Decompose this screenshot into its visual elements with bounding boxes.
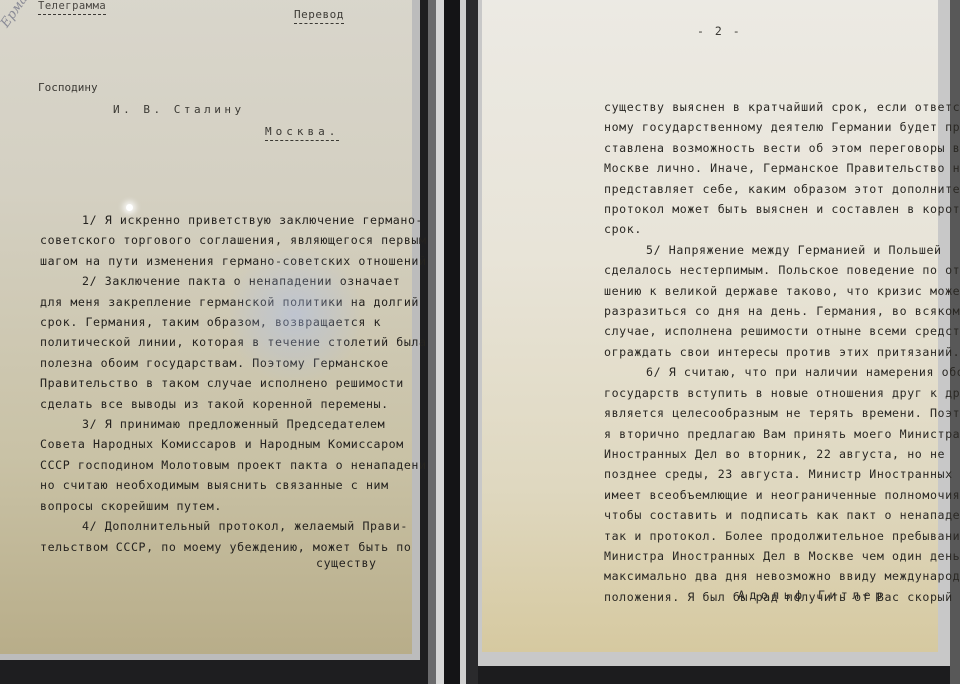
text-line: я вторично предлагаю Вам принять моего М… — [604, 424, 960, 444]
text-line: случае, исполнена решимости отныне всеми… — [604, 321, 960, 341]
text-line: является целесообразным не терять времен… — [604, 403, 960, 423]
text-line: Москве лично. Иначе, Германское Правител… — [604, 158, 960, 178]
text-line: позднее среды, 23 августа. Министр Иност… — [604, 464, 960, 484]
frame-edge — [466, 0, 478, 684]
text-line: ограждать свои интересы против этих прит… — [604, 342, 960, 362]
text-line: так и протокол. Более продолжительное пр… — [604, 526, 960, 546]
text-line: СССР господином Молотовым проект пакта о… — [40, 455, 442, 475]
text-line: Министра Иностранных Дел в Москве чем од… — [604, 546, 960, 566]
text-line: полезна обоим государствам. Поэтому Герм… — [40, 353, 442, 373]
signature: Адольф Гитлер — [738, 588, 887, 602]
text-line: сделать все выводы из такой коренной пер… — [40, 394, 442, 414]
text-line: шагом на пути изменения германо-советски… — [40, 251, 442, 271]
text-line: 5/ Напряжение между Германией и Польшей — [604, 240, 960, 260]
text-line: ставлена возможность вести об этом перег… — [604, 138, 960, 158]
text-line: Иностранных Дел во вторник, 22 августа, … — [604, 444, 960, 464]
catchword: существу — [316, 556, 377, 570]
frame-gap — [444, 0, 460, 684]
text-line: 2/ Заключение пакта о ненападении означа… — [40, 271, 442, 291]
text-line: для меня закрепление германской политики… — [40, 292, 442, 312]
frame-edge — [428, 0, 436, 684]
left-page-body: 1/ Я искренно приветствую заключение гер… — [40, 210, 442, 557]
text-line: Правительство в таком случае исполнено р… — [40, 373, 442, 393]
text-line: существу выяснен в кратчайший срок, если… — [604, 97, 960, 117]
text-line: государств вступить в новые отношения др… — [604, 383, 960, 403]
text-line: Совета Народных Комиссаров и Народным Ко… — [40, 434, 442, 454]
frame-mat-edge — [436, 0, 444, 684]
text-line: тельством СССР, по моему убеждению, може… — [40, 537, 442, 557]
text-line: представляет себе, каким образом этот до… — [604, 179, 960, 199]
text-line: но считаю необходимым выяснить связанные… — [40, 475, 442, 495]
right-page-body: существу выяснен в кратчайший срок, если… — [604, 97, 960, 607]
text-line: имеет всеобъемлющие и неограниченные пол… — [604, 485, 960, 505]
text-line: разразиться со дня на день. Германия, во… — [604, 301, 960, 321]
text-line: ному государственному деятелю Германии б… — [604, 117, 960, 137]
recipient-name: И. В. Сталину — [113, 103, 245, 116]
page-number: - 2 - — [697, 24, 742, 38]
text-line: чтобы составить и подписать как пакт о н… — [604, 505, 960, 525]
text-line: 1/ Я искренно приветствую заключение гер… — [40, 210, 442, 230]
text-line: политической линии, которая в течение ст… — [40, 332, 442, 352]
text-line: максимально два дня невозможно ввиду меж… — [604, 566, 960, 586]
text-line: 4/ Дополнительный протокол, желаемый Пра… — [40, 516, 442, 536]
light-reflection — [126, 204, 133, 211]
translation-label: Перевод — [294, 8, 344, 24]
text-line: 3/ Я принимаю предложенный Председателем — [40, 414, 442, 434]
text-line: вопросы скорейшим путем. — [40, 496, 442, 516]
text-line: протокол может быть выяснен и составлен … — [604, 199, 960, 219]
text-line: срок. — [604, 219, 960, 239]
salutation: Господину — [38, 81, 98, 94]
text-line: советского торгового соглашения, являюще… — [40, 230, 442, 250]
text-line: срок. Германия, таким образом, возвращае… — [40, 312, 442, 332]
text-line: сделалось нестерпимым. Польское поведени… — [604, 260, 960, 280]
text-line: шению к великой державе таково, что криз… — [604, 281, 960, 301]
recipient-city: Москва. — [265, 125, 339, 141]
text-line: 6/ Я считаю, что при наличии намерения о… — [604, 362, 960, 382]
